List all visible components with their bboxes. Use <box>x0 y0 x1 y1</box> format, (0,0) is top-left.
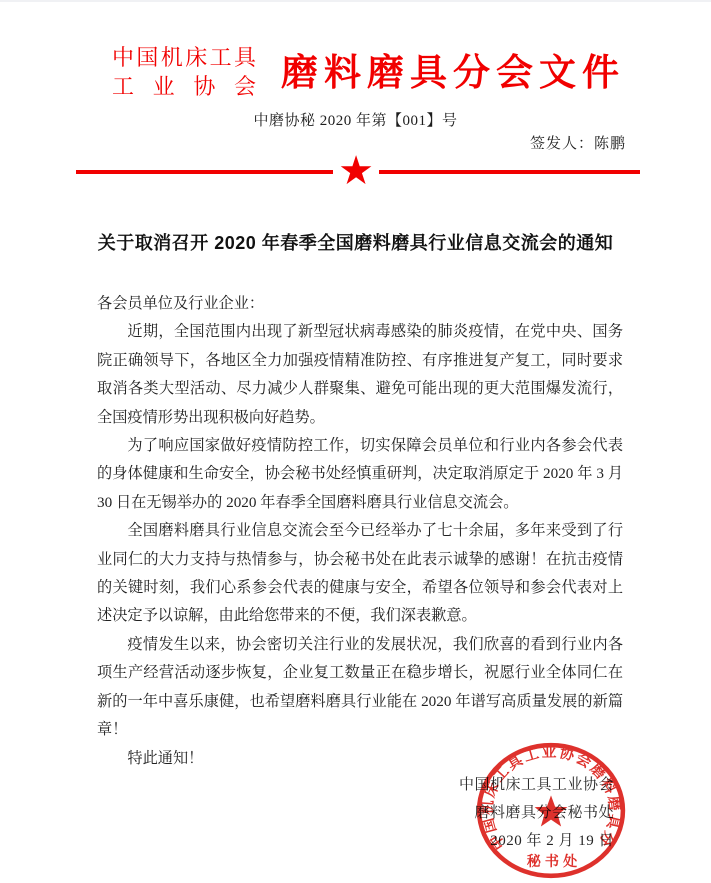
red-header-banner: 磨料磨具分会文件 <box>281 42 625 96</box>
issuing-org-name: 中国机床工具 工业协会 <box>112 43 256 101</box>
seal-star-icon <box>535 795 568 826</box>
letter-body: 各会员单位及行业企业： 近期，全国范围内出现了新型冠状病毒感染的肺炎疫情，在党中… <box>97 290 623 773</box>
star-icon: ★ <box>333 150 379 192</box>
salutation: 各会员单位及行业企业： <box>97 290 623 318</box>
body-paragraph: 全国磨料磨具行业信息交流会至今已经举办了七十余届，多年来受到了行业同仁的大力支持… <box>97 517 623 631</box>
org-name-line2: 工业协会 <box>112 72 256 101</box>
body-paragraph: 近期，全国范围内出现了新型冠状病毒感染的肺炎疫情，在党中央、国务院正确领导下，各… <box>97 318 623 432</box>
seal-ring-text: 中国机床工具工业协会磨料磨具分会 <box>472 738 624 853</box>
body-paragraph: 为了响应国家做好疫情防控工作，切实保障会员单位和行业内各参会代表的身体健康和生命… <box>97 432 623 517</box>
document-page: 中国机床工具 工业协会 磨料磨具分会文件 中磨协秘 2020 年第【001】号 … <box>0 0 711 883</box>
document-number: 中磨协秘 2020 年第【001】号 <box>0 109 711 130</box>
body-paragraph: 疫情发生以来，协会密切关注行业的发展状况，我们欣喜的看到行业内各项生产经营活动逐… <box>97 631 623 745</box>
official-seal: 中国机床工具工业协会磨料磨具分会 秘书处 <box>472 738 630 881</box>
org-name-line1: 中国机床工具 <box>112 43 256 72</box>
notice-title: 关于取消召开 2020 年春季全国磨料磨具行业信息交流会的通知 <box>0 229 711 255</box>
seal-bottom-text: 秘书处 <box>527 853 582 870</box>
issuer-line: 签发人：陈鹏 <box>530 132 626 153</box>
